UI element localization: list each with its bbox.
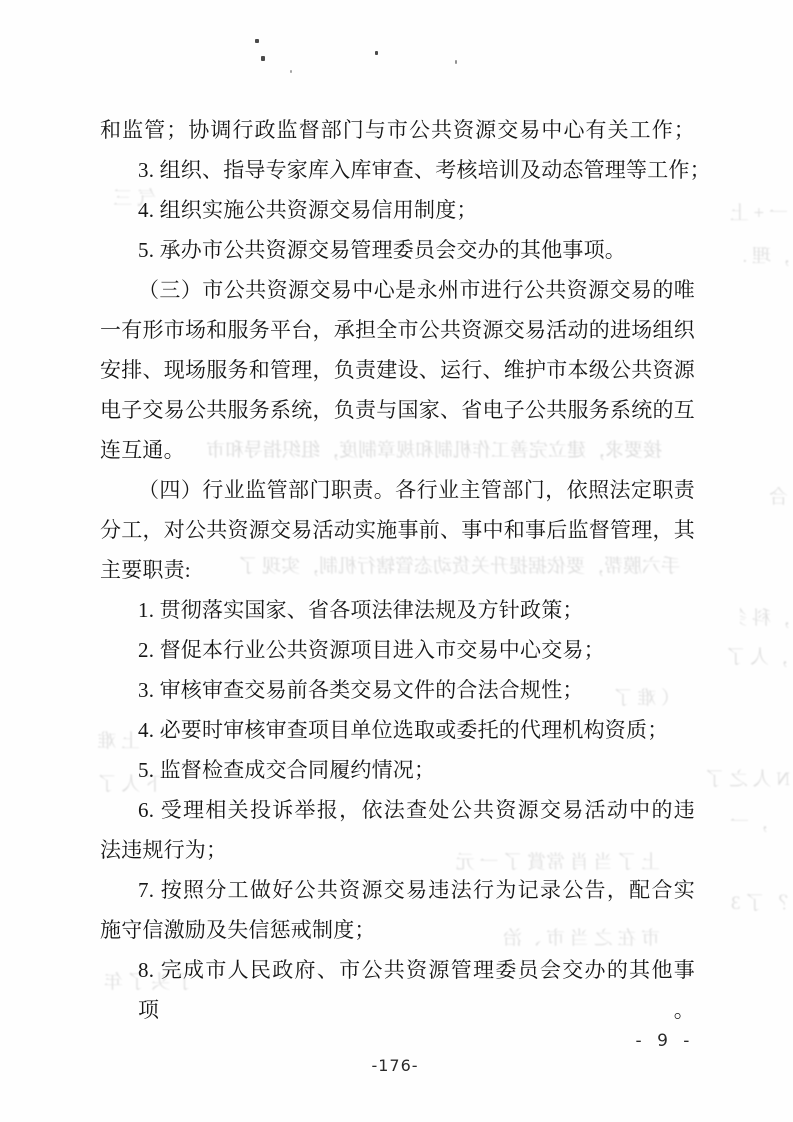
- bleedthrough-text: ，人 了: [688, 647, 788, 671]
- text-line: 连互通。: [100, 430, 695, 470]
- text-line: （三）市公共资源交易中心是永州市进行公共资源交易的唯: [100, 270, 695, 310]
- text-line: 6. 受理相关投诉举报，依法查处公共资源交易活动中的违: [100, 790, 695, 830]
- text-line: 2. 督促本行业公共资源项目进入市交易中心交易；: [100, 630, 695, 670]
- text-line: 分工，对公共资源交易活动实施事前、事中和事后监督管理，其: [100, 510, 695, 550]
- scan-speck: [455, 60, 457, 64]
- text-line: 和监管；协调行政监督部门与市公共资源交易中心有关工作；: [100, 110, 695, 150]
- text-line: 7. 按照分工做好公共资源交易违法行为记录公告，配合实: [100, 870, 695, 910]
- scan-speck: [375, 51, 378, 55]
- text-line: 施守信激励及失信惩戒制度；: [100, 910, 695, 950]
- scan-speck: [255, 39, 259, 43]
- text-line: 法违规行为；: [100, 830, 695, 870]
- text-line: 3. 组织、指导专家库入库审查、考核培训及动态管理等工作；: [100, 150, 695, 190]
- page-number-compilation: -176-: [360, 1056, 430, 1075]
- page-number-document: - 9 -: [630, 1031, 700, 1051]
- bleedthrough-text: ，科 务: [740, 608, 790, 632]
- text-line: 4. 组织实施公共资源交易信用制度；: [100, 190, 695, 230]
- bleedthrough-text: 合: [758, 487, 788, 511]
- text-line: 一有形市场和服务平台，承担全市公共资源交易活动的进场组织: [100, 310, 695, 350]
- text-line: （四）行业监管部门职责。各行业主管部门，依照法定职责: [100, 470, 695, 510]
- text-line: 8. 完成市人民政府、市公共资源管理委员会交办的其他事项。: [100, 950, 695, 990]
- document-body: 和监管；协调行政监督部门与市公共资源交易中心有关工作； 3. 组织、指导专家库入…: [100, 110, 695, 990]
- scan-speck: [290, 70, 292, 73]
- scan-speck: [261, 56, 265, 61]
- text-line: 5. 承办市公共资源交易管理委员会交办的其他事项。: [100, 230, 695, 270]
- text-line: 电子交易公共服务系统，负责与国家、省电子公共服务系统的互: [100, 390, 695, 430]
- text-line: 安排、现场服务和管理，负责建设、运行、维护市本级公共资源: [100, 350, 695, 390]
- text-line: 3. 审核审查交易前各类交易文件的合法合规性；: [100, 670, 695, 710]
- text-line: 1. 贯彻落实国家、省各项法律法规及方针政策；: [100, 590, 695, 630]
- bleedthrough-text: ，理 .: [698, 246, 790, 270]
- document-page: 气 三 一 + 上 ，理 . 接要求，建立完善工作机制和规章制度，组织指导和市 …: [0, 0, 793, 1122]
- text-line: 5. 监督检查成交合同履约情况；: [100, 750, 695, 790]
- bleedthrough-text: 一 + 上: [688, 203, 788, 227]
- text-line: 4. 必要时审核审查项目单位选取或委托的代理机构资质；: [100, 710, 695, 750]
- text-line: 主要职责:: [100, 550, 695, 590]
- bleedthrough-text: ，一: [688, 812, 768, 836]
